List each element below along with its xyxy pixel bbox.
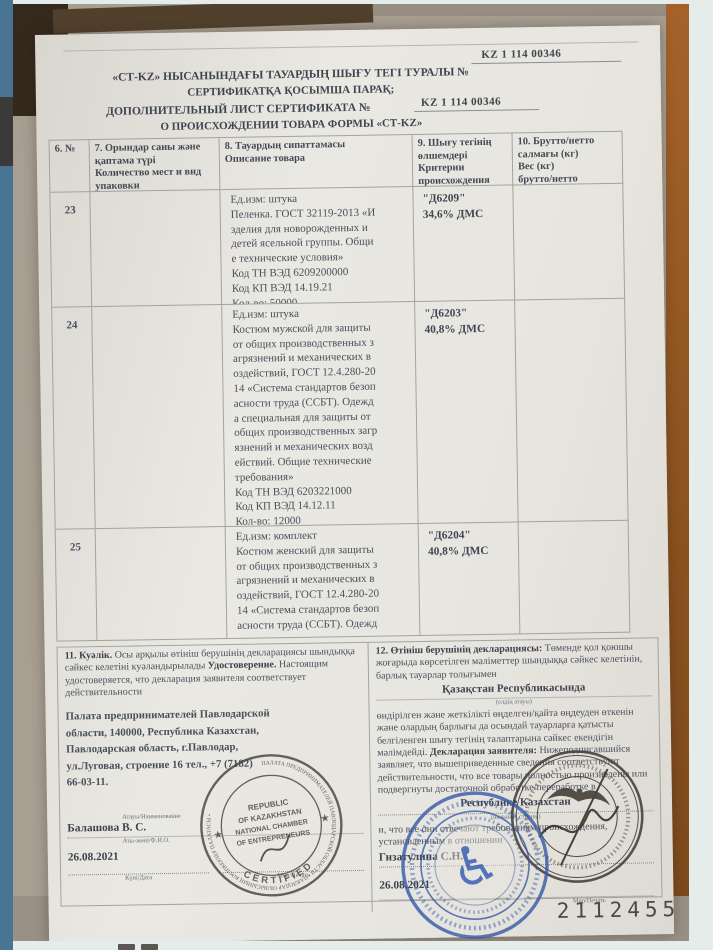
row-25-criteria: "Д6204" 40,8% ДМС: [419, 522, 521, 636]
row-23-packing: [90, 190, 222, 307]
certificate-number-top-line: [471, 61, 621, 64]
certificate-number-top: KZ 1 114 00346: [481, 48, 561, 61]
serial-number: 2112455: [557, 897, 681, 923]
document-photo: KZ 1 114 00346 «СТ-KZ» НЫСАНЫНДАҒЫ ТАУАР…: [13, 4, 689, 941]
section-12-kz-paragraph: 12. Өтініш берушінің декларациясы: Төмен…: [376, 641, 652, 682]
row-25-weight: [519, 521, 631, 635]
cropped-text-mark: [118, 944, 135, 950]
row-24-number: 24: [52, 307, 95, 530]
col-header-7: 7. Орындар саны және қаптама түрі Количе…: [90, 138, 221, 192]
row-23-criteria: "Д6209" 34,6% ДМС: [413, 185, 515, 302]
section-12-kz-label: 12. Өтініш берушінің декларациясы:: [376, 643, 543, 657]
row-23-description: Ед.изм: штука Пеленка. ГОСТ 32119-2013 «…: [220, 187, 415, 305]
section-12-ru-label: Декларация заявителя:: [430, 745, 537, 758]
issuing-body-address: Палата предпринимателей Павлодарской обл…: [65, 704, 362, 791]
section-11-text: 11. Куәлік. Осы арқылы өтініш берушінің …: [65, 646, 362, 700]
title-kz-line1: «СТ-KZ» НЫСАНЫНДАҒЫ ТАУАРДЫҢ ШЫҒУ ТЕГІ Т…: [75, 66, 505, 85]
row-24-weight: [515, 299, 628, 523]
row-25-number: 25: [56, 529, 98, 642]
section-11: 11. Куәлік. Осы арқылы өтініш берушінің …: [58, 643, 372, 917]
certificate-number-mid-line: [414, 109, 539, 112]
section-12: 12. Өтініш берушінің декларациясы: Төмен…: [367, 638, 661, 911]
row-24-packing: [92, 305, 225, 529]
table-surface-band: [53, 4, 374, 34]
row-25-description: Ед.изм: комплект Костюм женский для защи…: [226, 524, 421, 639]
section-11-kz-label: 11. Куәлік.: [65, 650, 113, 662]
col-header-6: 6. №: [50, 140, 91, 193]
applicant-date: 26.08.2021: [379, 876, 654, 893]
section-11-ru-label: Удостоверение.: [208, 660, 277, 672]
row-24-criteria: "Д6203" 40,8% ДМС: [415, 300, 518, 524]
row-23-weight: [513, 184, 625, 301]
col-header-9: 9. Шығу тегінің өлшемдері Критерии проис…: [413, 133, 514, 187]
row-24-description: Ед.изм: штука Костюм мужской для защиты …: [222, 302, 418, 527]
section-12-ru-body2: и, что все они отвечают требованиям прои…: [378, 820, 653, 849]
screenshot-root: KZ 1 114 00346 «СТ-KZ» НЫСАНЫНДАҒЫ ТАУАР…: [0, 0, 713, 950]
certificate-page: KZ 1 114 00346 «СТ-KZ» НЫСАНЫНДАҒЫ ТАУАР…: [35, 25, 674, 941]
certifier-date: 26.08.2021: [68, 847, 364, 864]
section-12-mixed-paragraph: өндірілген және жеткілікті өңделген/қайт…: [377, 707, 653, 797]
declaration-box: 11. Куәлік. Осы арқылы өтініш берушінің …: [57, 637, 663, 906]
title-ru-line2: О ПРОИСХОЖДЕНИИ ТОВАРА ФОРМЫ «СТ-KZ»: [76, 116, 506, 135]
applicant-date-line: [380, 896, 511, 900]
cropped-text-mark: [141, 944, 158, 950]
col-header-10: 10. Брутто/нетто салмағы (кг) Вес (кг) б…: [513, 132, 624, 186]
col-header-8: 8. Тауардың сипаттамасы Описание товара: [220, 135, 414, 190]
goods-table: 6. № 7. Орындар саны және қаптама түрі К…: [49, 131, 631, 642]
title-ru-line1: ДОПОЛНИТЕЛЬНЫЙ ЛИСТ СЕРТИФИКАТА №: [106, 102, 371, 118]
row-23-number: 23: [50, 192, 92, 308]
stamp-field-label-left: Мөр/Печать: [223, 871, 364, 881]
certificate-number-mid: KZ 1 114 00346: [421, 96, 501, 109]
row-25-packing: [96, 527, 228, 641]
date-field-label: Күні/Дата: [68, 874, 209, 884]
